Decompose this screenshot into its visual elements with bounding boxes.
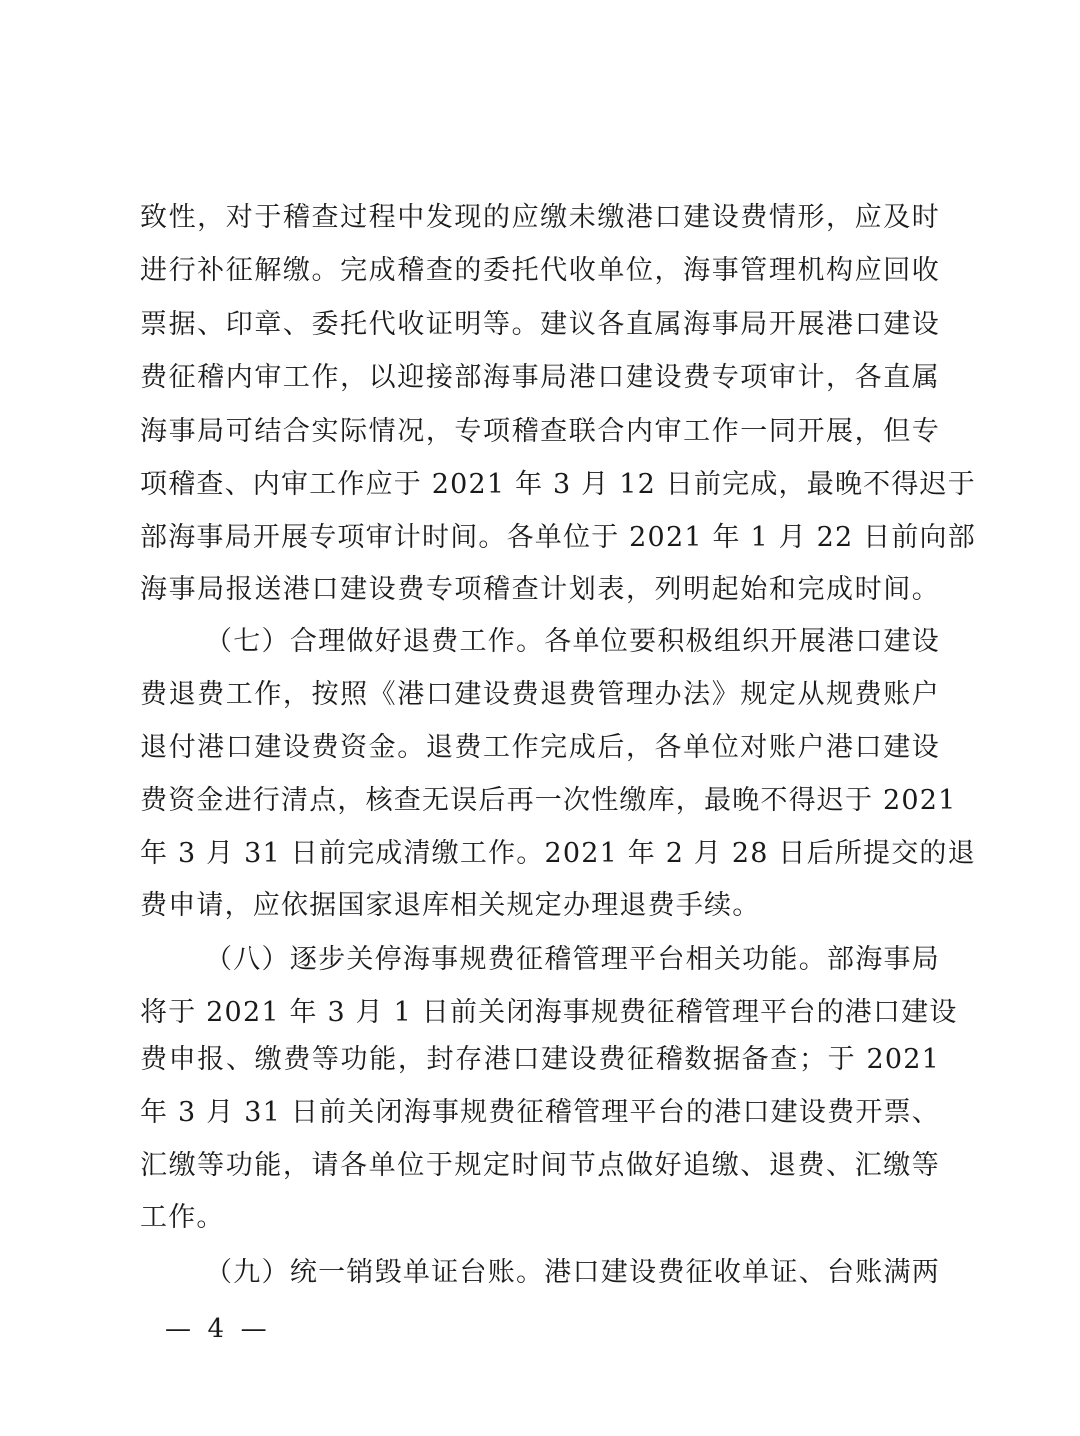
page-number: — 4 — <box>165 1312 267 1346</box>
text-line: 致性，对于稽查过程中发现的应缴未缴港口建设费情形，应及时 <box>140 198 940 238</box>
text-line: 年 3 月 31 日前关闭海事规费征稽管理平台的港口建设费开票、 <box>140 1093 940 1133</box>
text-line: 进行补征解缴。完成稽查的委托代收单位，海事管理机构应回收 <box>140 251 940 291</box>
text-line: 年 3 月 31 日前完成清缴工作。2021 年 2 月 28 日后所提交的退 <box>140 834 940 874</box>
text-line: 项稽查、内审工作应于 2021 年 3 月 12 日前完成，最晚不得迟于 <box>140 465 940 505</box>
section-7-heading-line: （七）合理做好退费工作。各单位要积极组织开展港口建设 <box>205 622 940 662</box>
text-line: 费资金进行清点，核查无误后再一次性缴库，最晚不得迟于 2021 <box>140 781 940 821</box>
text-line: 汇缴等功能，请各单位于规定时间节点做好追缴、退费、汇缴等 <box>140 1146 940 1186</box>
text-line: 将于 2021 年 3 月 1 日前关闭海事规费征稽管理平台的港口建设 <box>140 993 940 1033</box>
text-line: 部海事局开展专项审计时间。各单位于 2021 年 1 月 22 日前向部 <box>140 518 940 558</box>
text-line: 费退费工作，按照《港口建设费退费管理办法》规定从规费账户 <box>140 675 940 715</box>
text-line: 工作。 <box>140 1198 940 1238</box>
section-8-heading-line: （八）逐步关停海事规费征稽管理平台相关功能。部海事局 <box>205 940 940 980</box>
text-line: 费征稽内审工作，以迎接部海事局港口建设费专项审计，各直属 <box>140 358 940 398</box>
text-line: 费申请，应依据国家退库相关规定办理退费手续。 <box>140 886 940 926</box>
document-page: 致性，对于稽查过程中发现的应缴未缴港口建设费情形，应及时 进行补征解缴。完成稽查… <box>0 0 1080 1436</box>
text-line: 费申报、缴费等功能，封存港口建设费征稽数据备查；于 2021 <box>140 1040 940 1080</box>
text-line: 退付港口建设费资金。退费工作完成后，各单位对账户港口建设 <box>140 728 940 768</box>
text-line: 票据、印章、委托代收证明等。建议各直属海事局开展港口建设 <box>140 305 940 345</box>
text-line: 海事局可结合实际情况，专项稽查联合内审工作一同开展，但专 <box>140 412 940 452</box>
text-line: 海事局报送港口建设费专项稽查计划表，列明起始和完成时间。 <box>140 570 940 610</box>
section-9-heading-line: （九）统一销毁单证台账。港口建设费征收单证、台账满两 <box>205 1253 940 1293</box>
